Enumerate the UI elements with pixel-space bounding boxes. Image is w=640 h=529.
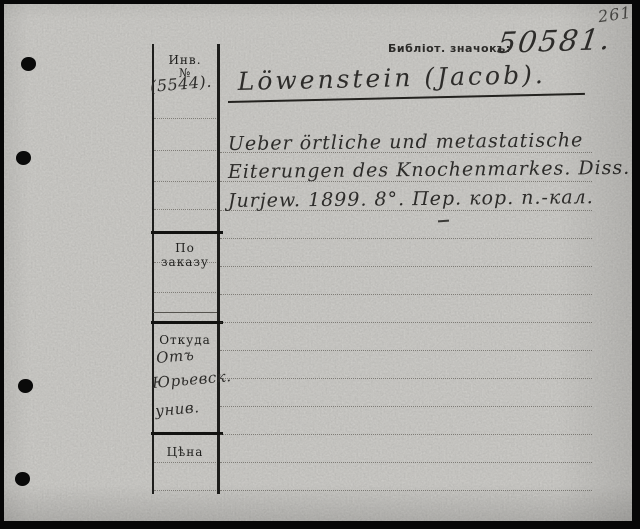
ruled-line: [220, 434, 592, 435]
scanned-catalog-card: Инв. № (5544). По заказу Откуда Отъ Юрье…: [0, 0, 640, 529]
section-divider-bar: [151, 321, 223, 324]
ruled-line: [154, 490, 216, 491]
ruled-line: [154, 150, 216, 151]
ruled-line: [220, 490, 592, 491]
ruled-line: [220, 238, 592, 239]
library-stamp-label: Библіот. значокъ:: [388, 42, 511, 55]
ruled-line: [220, 322, 592, 323]
punch-hole: [18, 379, 33, 393]
ruled-line: [154, 181, 216, 182]
ruled-line: [220, 266, 592, 267]
order-label: По заказу: [152, 241, 218, 269]
library-stamp-number: 50581.: [495, 22, 614, 60]
entry-line: Jurjew. 1899. 8°. Пер. кор. п.-кал.: [228, 186, 594, 212]
ruled-line: [220, 462, 592, 463]
entry-line: Eiterungen des Knochenmarkes. Diss.: [228, 157, 631, 183]
ruled-line: [154, 118, 216, 119]
section-thin-rule: [153, 312, 217, 313]
punch-hole: [16, 151, 31, 165]
punch-hole: [21, 57, 36, 71]
ruled-line: [154, 462, 216, 463]
section-divider-bar: [151, 432, 223, 435]
from-value-handwritten: унив.: [154, 398, 200, 420]
punch-hole: [15, 472, 30, 486]
inventory-label: Инв.: [152, 53, 218, 67]
price-label: Цѣна: [152, 445, 218, 459]
from-value-handwritten: Отъ: [155, 346, 194, 367]
section-divider-bar: [151, 231, 223, 234]
ruled-line: [220, 406, 592, 407]
ruled-line: [220, 294, 592, 295]
ruled-line: [154, 292, 216, 293]
entry-line: Ueber örtliche und metastatische: [228, 129, 584, 155]
ruled-line: [154, 209, 216, 210]
column-left-rule: [152, 44, 154, 494]
from-label: Откуда: [152, 333, 218, 347]
ruled-line: [220, 378, 592, 379]
column-right-rule: [217, 44, 220, 494]
ruled-line: [220, 350, 592, 351]
